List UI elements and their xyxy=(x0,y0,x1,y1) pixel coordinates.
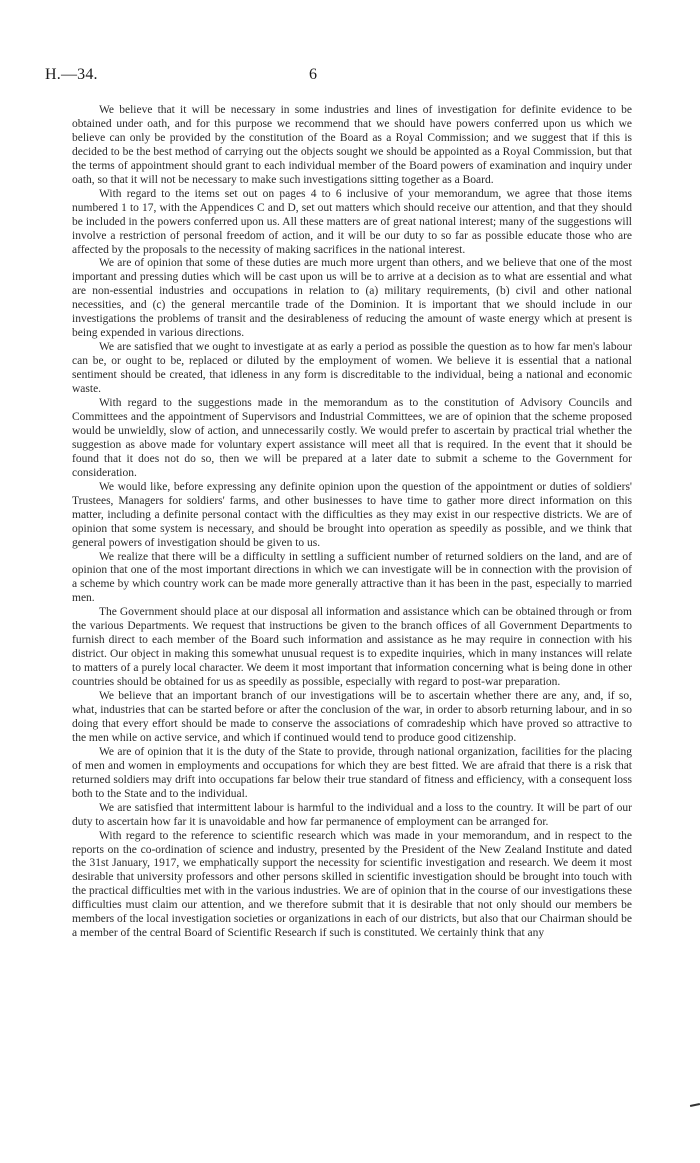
paragraph-royal-commission: We believe that it will be necessary in … xyxy=(72,104,632,188)
document-reference: H.—34. xyxy=(45,66,98,84)
body-text: We believe that it will be necessary in … xyxy=(72,104,632,941)
paragraph-intermittent-labour: We are satisfied that intermittent labou… xyxy=(72,802,632,830)
page-number: 6 xyxy=(309,66,317,84)
page-header: H.—34. 6 xyxy=(45,66,605,88)
paragraph-scientific-research: With regard to the reference to scientif… xyxy=(72,830,632,942)
paragraph-womens-employment: We are satisfied that we ought to invest… xyxy=(72,341,632,397)
document-page: H.—34. 6 We believe that it will be nece… xyxy=(0,0,700,1163)
paragraph-government-departments: The Government should place at our dispo… xyxy=(72,606,632,690)
paragraph-land-settlement: We realize that there will be a difficul… xyxy=(72,551,632,607)
paragraph-state-duty: We are of opinion that it is the duty of… xyxy=(72,746,632,802)
scan-edge-mark xyxy=(690,1103,700,1107)
paragraph-advisory-councils: With regard to the suggestions made in t… xyxy=(72,397,632,481)
paragraph-soldiers-trustees: We would like, before expressing any def… xyxy=(72,481,632,551)
paragraph-memorandum-items: With regard to the items set out on page… xyxy=(72,188,632,258)
paragraph-new-industries: We believe that an important branch of o… xyxy=(72,690,632,746)
paragraph-urgent-duties: We are of opinion that some of these dut… xyxy=(72,257,632,341)
